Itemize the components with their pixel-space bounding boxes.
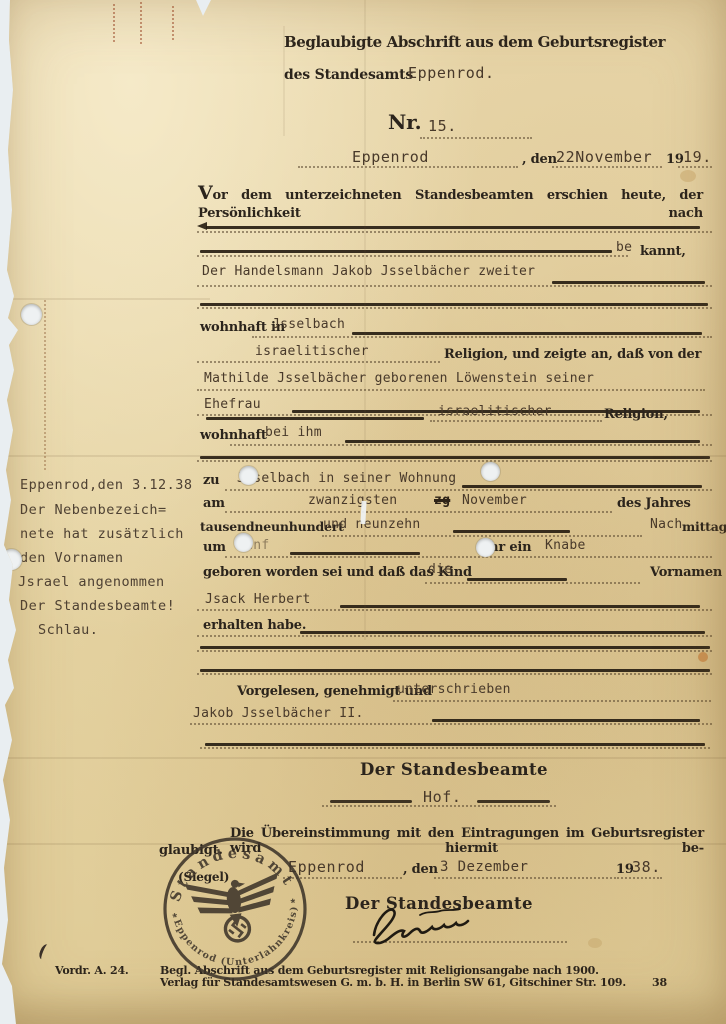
pen-mark — [37, 943, 51, 961]
religion1-label: Religion, und zeigte an, daß von der — [444, 347, 701, 362]
fill-line — [393, 700, 711, 702]
typed-rule — [200, 303, 708, 306]
record-number-label: Nr. — [388, 110, 421, 134]
document-page: Beglaubigte Abschrift aus dem Geburtsreg… — [0, 0, 726, 1024]
residence-typed: Jsselbach — [272, 317, 345, 332]
margin-note-line: Jsrael angenommen — [18, 574, 165, 590]
fill-line — [197, 285, 712, 287]
religion2-typed: israelitischer — [438, 404, 552, 419]
officer-signature — [360, 901, 510, 949]
punch-hole — [239, 466, 258, 485]
fill-line — [197, 673, 712, 675]
fill-line — [434, 877, 612, 879]
seal-star-left: * — [172, 910, 179, 925]
cert-year-typed: 38. — [632, 858, 661, 876]
intro-text: or dem unterzeichneten Standesbeamten er… — [198, 188, 703, 221]
birth-day-typed: zwanzigsten — [308, 493, 397, 508]
am-label: am — [203, 496, 225, 511]
document-title-line1: Beglaubigte Abschrift aus dem Geburtsreg… — [284, 33, 665, 51]
typed-rule — [467, 578, 567, 581]
footer-page-number: 38 — [652, 976, 667, 989]
rust-stain — [140, 2, 142, 44]
officer-name-typed: Hof. — [423, 788, 462, 806]
fill-line — [197, 635, 712, 637]
fill-line — [552, 166, 662, 168]
strikeout-typed: zg — [434, 493, 450, 508]
typed-rule — [552, 281, 705, 284]
wohnhaft2-label: wohnhaft — [200, 428, 267, 443]
typed-rule — [432, 719, 700, 722]
punch-hole — [234, 533, 253, 552]
century-printed: 19 — [666, 152, 684, 167]
seal-star-right: * — [290, 896, 297, 911]
document-title-line2: des Standesamts — [284, 67, 413, 83]
typed-rule — [200, 646, 710, 649]
margin-note-line: Eppenrod,den 3.12.38 — [20, 477, 193, 493]
rust-stain — [113, 4, 115, 42]
fold-line — [0, 757, 726, 759]
officer-heading-1: Der Standesbeamte — [360, 760, 548, 779]
fill-line — [614, 877, 662, 879]
fill-line — [230, 444, 712, 446]
fill-line — [298, 166, 518, 168]
typed-rule — [352, 332, 702, 335]
typed-rule — [200, 250, 612, 253]
fill-line — [197, 361, 440, 363]
des-jahres-label: des Jahres — [617, 496, 691, 511]
typed-rule — [340, 605, 700, 608]
um-label: um — [203, 540, 226, 555]
declarant-typed: Der Handelsmann Jakob Jsselbächer zweite… — [202, 264, 535, 279]
typed-dash — [477, 800, 550, 803]
fold-line — [364, 0, 366, 640]
unterschrieben-typed: unterschrieben — [397, 682, 511, 697]
fill-line — [197, 650, 712, 652]
bekannt-printed: kannt, — [640, 244, 686, 259]
cert-den-label: , den — [403, 862, 438, 877]
religion2-label: Religion, — [604, 407, 668, 422]
rust-stain — [172, 6, 174, 40]
footer-form-number: Vordr. A. 24. — [55, 964, 129, 977]
typed-rule — [205, 743, 705, 746]
scanned-document: Beglaubigte Abschrift aus dem Geburtsreg… — [0, 0, 726, 1024]
religion1-typed: israelitischer — [255, 344, 369, 359]
fill-line — [197, 609, 712, 611]
margin-note-line: den Vornamen — [20, 550, 124, 566]
typed-dash — [330, 800, 412, 803]
stain-spot — [680, 170, 696, 182]
fill-line — [425, 582, 640, 584]
intro-initial: V — [198, 182, 213, 204]
fill-line — [678, 166, 712, 168]
margin-note-line: nete hat zusätzlich — [20, 526, 184, 542]
cert-date-typed: 3 Dezember — [440, 859, 528, 875]
child-name-typed: Jsack Herbert — [205, 592, 311, 607]
fold-line — [0, 843, 726, 845]
fill-line — [225, 556, 712, 558]
vornamen-label: Vornamen — [650, 565, 722, 580]
typed-rule — [453, 530, 570, 533]
fill-line — [420, 137, 532, 139]
typed-rule — [300, 631, 705, 634]
ehefrau-typed: Ehefrau — [204, 397, 261, 412]
fill-line — [197, 460, 712, 462]
mittags-label: mittags — [682, 519, 726, 534]
margin-note-line: Der Standesbeamte! — [20, 598, 175, 614]
fill-line — [197, 231, 712, 233]
zu-label: zu — [203, 473, 219, 488]
typed-rule — [345, 440, 700, 443]
declarant-signature-typed: Jakob Jsselbächer II. — [193, 706, 364, 721]
fold-line — [0, 298, 210, 300]
sex-typed: Knabe — [545, 538, 586, 553]
birth-month-typed: November — [462, 493, 527, 508]
typed-rule — [290, 552, 420, 555]
typed-rule — [206, 226, 700, 229]
fill-line — [200, 747, 710, 749]
standesamt-seal: Standesamt Eppenrod (Unterlahnkreis) * * — [151, 825, 318, 992]
typed-rule — [200, 669, 710, 672]
be-typed: be — [616, 240, 632, 255]
punch-hole — [1, 549, 22, 570]
fill-line — [322, 535, 642, 537]
fold-line — [283, 26, 285, 136]
margin-note-line: Schlau. — [38, 622, 98, 638]
fill-line — [225, 511, 612, 513]
fill-line — [197, 255, 628, 257]
record-number-value: 15. — [428, 117, 457, 135]
fold-line — [0, 455, 726, 457]
fill-line — [322, 805, 556, 807]
stain-spot — [698, 652, 708, 662]
birthplace-typed: Jsselbach in seiner Wohnung — [237, 471, 456, 486]
standesamt-name-typed: Eppenrod. — [408, 64, 495, 82]
fill-line — [252, 336, 712, 338]
die-typed: die — [428, 562, 452, 577]
punch-hole — [481, 462, 500, 481]
stain-spot — [588, 938, 602, 948]
fill-line — [190, 723, 712, 725]
rust-stain — [44, 300, 46, 470]
fill-line — [430, 420, 602, 422]
typed-rule — [206, 417, 424, 420]
bei-ihm-typed: bei ihm — [265, 425, 322, 440]
intro-paragraph: Vor dem unterzeichneten Standesbeamten e… — [198, 182, 703, 222]
fill-line — [197, 389, 705, 391]
typed-rule — [462, 485, 702, 488]
mother-typed: Mathilde Jsselbächer geborenen Löwenstei… — [204, 371, 594, 386]
fill-line — [225, 489, 712, 491]
issue-date-typed: 22November — [556, 148, 652, 166]
den-label: , den — [522, 152, 557, 167]
margin-note-line: Der Nebenbezeich= — [20, 502, 167, 518]
year-words-typed: und neunzehn — [323, 517, 421, 532]
nach-typed: Nach — [650, 517, 683, 532]
punch-hole — [476, 538, 495, 557]
issue-year-typed: 19. — [683, 148, 712, 166]
fill-line — [197, 307, 712, 309]
punch-hole — [21, 304, 42, 325]
erhalten-label: erhalten habe. — [203, 618, 306, 633]
